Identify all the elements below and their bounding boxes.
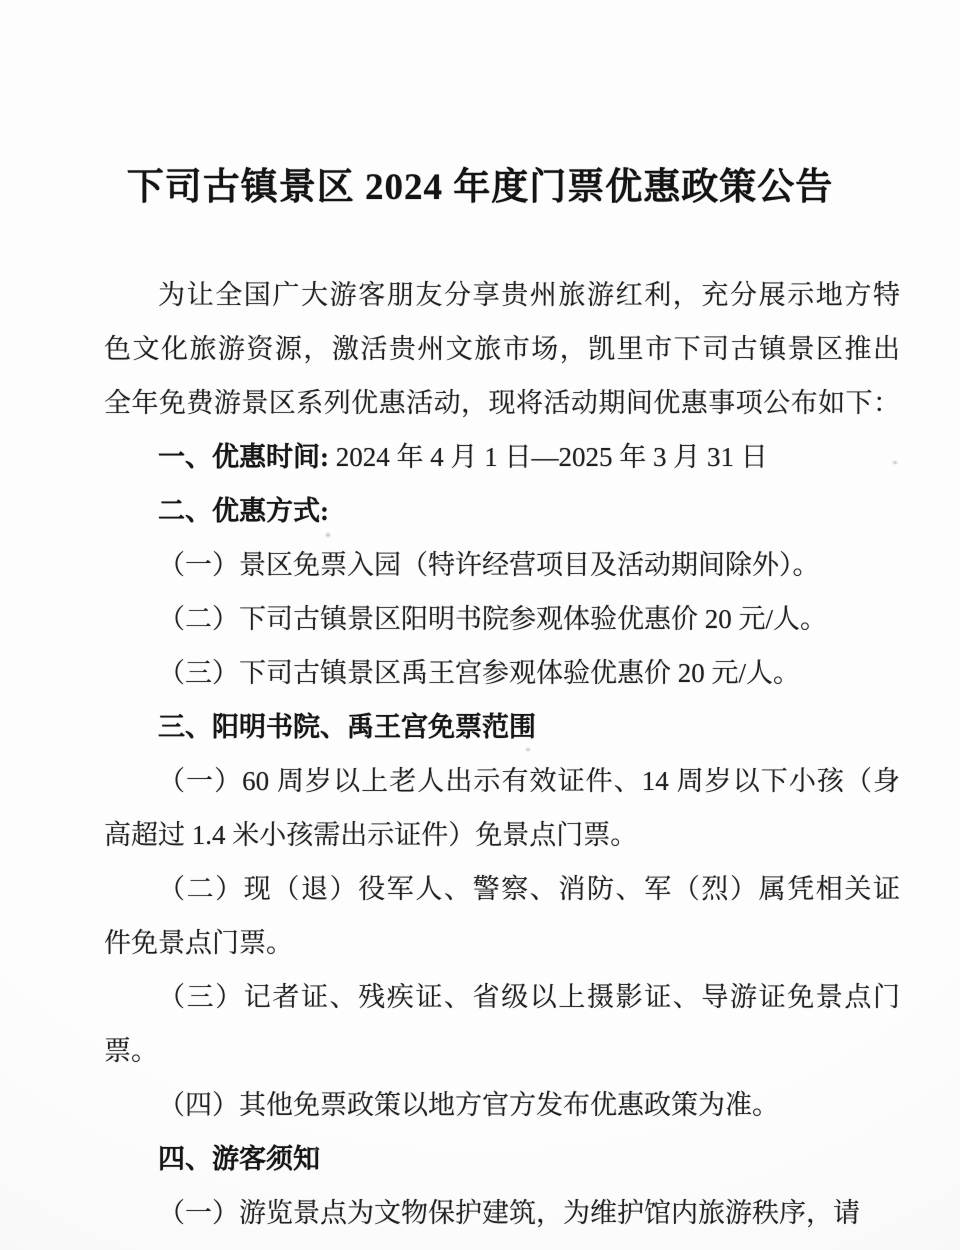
line-text: 色文化旅游资源，激活贵州文旅市场，凯里市下司古镇景区推出: [104, 334, 900, 364]
line-heading-label: 一、优惠时间:: [158, 442, 329, 472]
document-line: （一）60 周岁以上老人出示有效证件、14 周岁以下小孩（身: [104, 754, 900, 808]
line-text: 为让全国广大游客朋友分享贵州旅游红利，充分展示地方特: [158, 280, 900, 310]
document-line: （一）游览景点为文物保护建筑，为维护馆内旅游秩序，请: [104, 1186, 900, 1240]
line-text: 2024 年 4 月 1 日—2025 年 3 月 31 日: [329, 442, 768, 472]
line-text: （二）下司古镇景区阳明书院参观体验优惠价 20 元/人。: [158, 604, 827, 634]
line-text: （四）其他免票政策以地方官方发布优惠政策为准。: [158, 1090, 779, 1120]
document-line: 票。: [104, 1024, 900, 1078]
document-line: （二）下司古镇景区阳明书院参观体验优惠价 20 元/人。: [104, 592, 900, 646]
document-page: 下司古镇景区 2024 年度门票优惠政策公告 为让全国广大游客朋友分享贵州旅游红…: [0, 0, 960, 1250]
line-text: 高超过 1.4 米小孩需出示证件）免景点门票。: [104, 820, 637, 850]
line-text: 件免景点门票。: [104, 928, 293, 958]
document-content: 为让全国广大游客朋友分享贵州旅游红利，充分展示地方特 色文化旅游资源，激活贵州文…: [104, 268, 900, 1240]
scan-speck: [326, 533, 330, 537]
scan-speck: [313, 1148, 317, 1152]
document-line: 一、优惠时间: 2024 年 4 月 1 日—2025 年 3 月 31 日: [104, 430, 900, 484]
line-text: （一）游览景点为文物保护建筑，为维护馆内旅游秩序，请: [158, 1198, 860, 1228]
document-title: 下司古镇景区 2024 年度门票优惠政策公告: [0, 0, 960, 213]
document-line: （三）记者证、残疾证、省级以上摄影证、导游证免景点门: [104, 970, 900, 1024]
line-text: （三）记者证、残疾证、省级以上摄影证、导游证免景点门: [158, 982, 900, 1012]
line-text: （三）下司古镇景区禹王宫参观体验优惠价 20 元/人。: [158, 658, 800, 688]
line-heading-label: 三、阳明书院、禹王宫免票范围: [158, 712, 536, 742]
line-text: （二）现（退）役军人、警察、消防、军（烈）属凭相关证: [158, 874, 900, 904]
line-text: （一）60 周岁以上老人出示有效证件、14 周岁以下小孩（身: [158, 766, 900, 796]
line-heading-label: 四、游客须知: [158, 1144, 320, 1174]
document-line: （三）下司古镇景区禹王宫参观体验优惠价 20 元/人。: [104, 646, 900, 700]
line-text: 全年免费游景区系列优惠活动，现将活动期间优惠事项公布如下：: [104, 388, 900, 418]
document-line: 色文化旅游资源，激活贵州文旅市场，凯里市下司古镇景区推出: [104, 322, 900, 376]
scan-speck: [893, 461, 897, 464]
line-heading-label: 二、优惠方式:: [158, 496, 329, 526]
document-line: 件免景点门票。: [104, 916, 900, 970]
document-line: 为让全国广大游客朋友分享贵州旅游红利，充分展示地方特: [104, 268, 900, 322]
document-line: 三、阳明书院、禹王宫免票范围: [104, 700, 900, 754]
line-text: （一）景区免票入园（特许经营项目及活动期间除外）。: [158, 550, 820, 580]
scan-speck: [526, 748, 530, 751]
document-line: （二）现（退）役军人、警察、消防、军（烈）属凭相关证: [104, 862, 900, 916]
document-line: 二、优惠方式:: [104, 484, 900, 538]
document-line: （一）景区免票入园（特许经营项目及活动期间除外）。: [104, 538, 900, 592]
line-text: 票。: [104, 1036, 158, 1066]
document-line: 高超过 1.4 米小孩需出示证件）免景点门票。: [104, 808, 900, 862]
document-line: 四、游客须知: [104, 1132, 900, 1186]
document-line: （四）其他免票政策以地方官方发布优惠政策为准。: [104, 1078, 900, 1132]
document-line: 全年免费游景区系列优惠活动，现将活动期间优惠事项公布如下：: [104, 376, 900, 430]
